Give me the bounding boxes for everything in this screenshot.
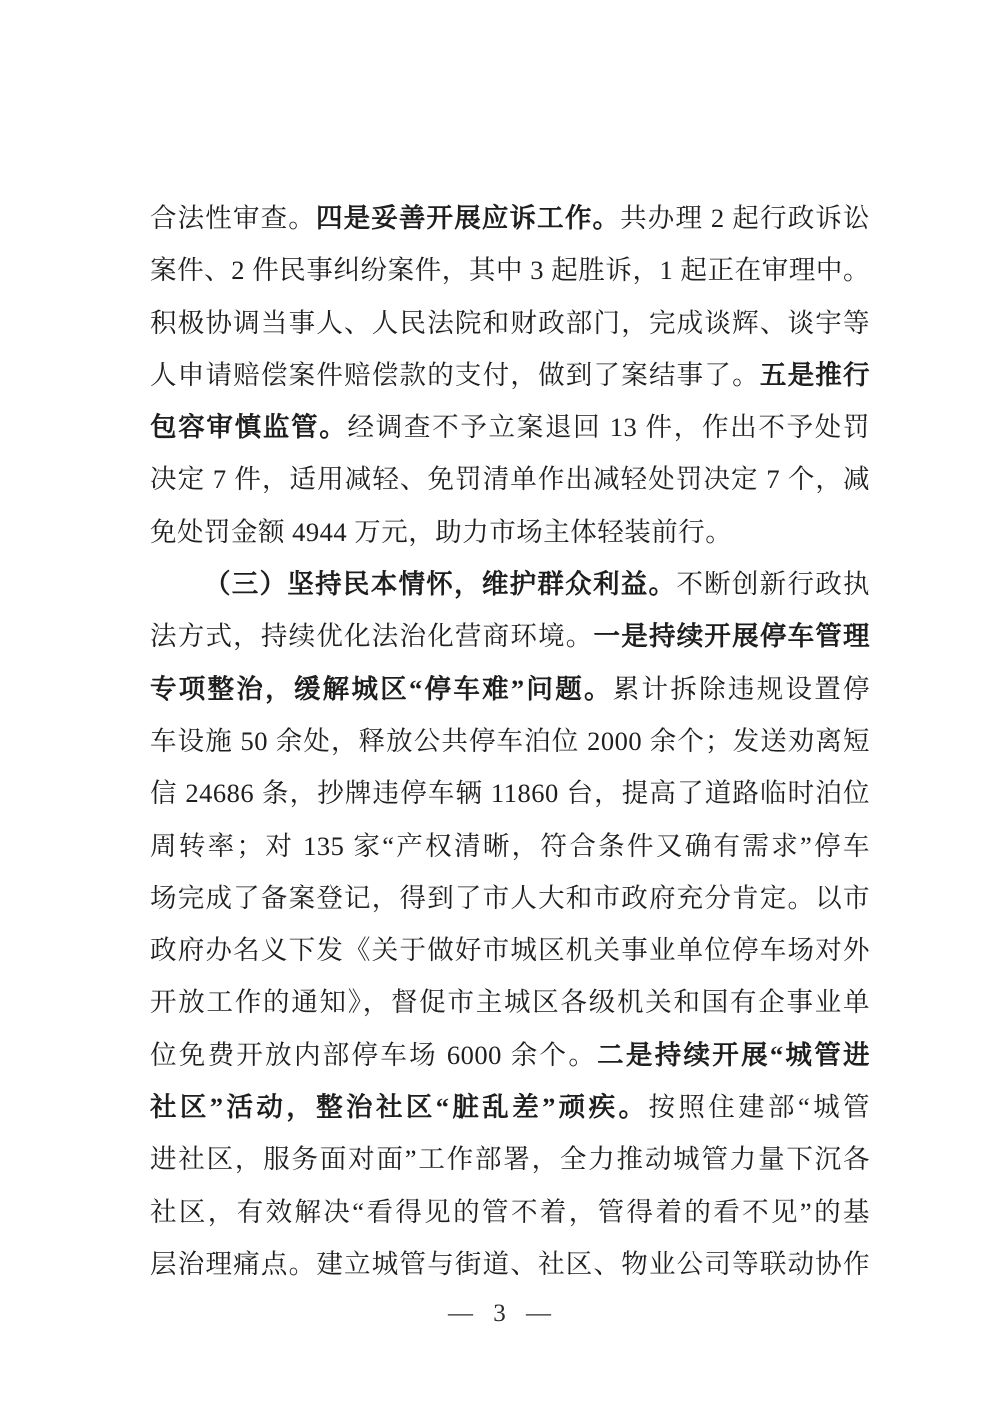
bold-text-segment: 二是持续开展“城管进 xyxy=(597,1040,870,1070)
bold-text-segment: 专项整治，缓解城区“停车难”问题。 xyxy=(150,674,613,704)
text-segment: 人申请赔偿案件赔偿款的支付，做到了案结事了。 xyxy=(150,360,760,390)
text-line: 人申请赔偿案件赔偿款的支付，做到了案结事了。五是推行 xyxy=(150,349,870,401)
text-line: 信 24686 条，抄牌违停车辆 11860 台，提高了道路临时泊位 xyxy=(150,767,870,819)
text-segment: 进社区，服务面对面”工作部署，全力推动城管力量下沉各 xyxy=(150,1144,870,1174)
text-line: 政府办名义下发《关于做好市城区机关事业单位停车场对外 xyxy=(150,924,870,976)
text-line: 包容审慎监管。经调查不予立案退回 13 件，作出不予处罚 xyxy=(150,401,870,453)
bold-text-segment: 一是持续开展停车管理 xyxy=(594,621,870,651)
text-segment: 政府办名义下发《关于做好市城区机关事业单位停车场对外 xyxy=(150,935,870,965)
text-segment: 决定 7 件，适用减轻、免罚清单作出减轻处罚决定 7 个，减 xyxy=(150,464,870,494)
text-segment: 经调查不予立案退回 13 件，作出不予处罚 xyxy=(347,412,870,442)
text-line: （三）坚持民本情怀，维护群众利益。不断创新行政执 xyxy=(150,558,870,610)
document-body: 合法性审查。四是妥善开展应诉工作。共办理 2 起行政诉讼案件、2 件民事纠纷案件… xyxy=(150,192,870,1290)
bold-text-segment: 四是妥善开展应诉工作。 xyxy=(316,203,620,233)
text-segment: 案件、2 件民事纠纷案件，其中 3 起胜诉，1 起正在审理中。 xyxy=(150,255,870,285)
text-line: 社区，有效解决“看得见的管不着，管得着的看不见”的基 xyxy=(150,1186,870,1238)
bold-text-segment: 社区”活动，整治社区“脏乱差”顽疾。 xyxy=(150,1092,648,1122)
text-line: 位免费开放内部停车场 6000 余个。二是持续开展“城管进 xyxy=(150,1029,870,1081)
text-segment: 共办理 2 起行政诉讼 xyxy=(620,203,870,233)
text-segment: 积极协调当事人、人民法院和财政部门，完成谈辉、谈宇等 xyxy=(150,308,870,338)
text-line: 层治理痛点。建立城管与街道、社区、物业公司等联动协作 xyxy=(150,1238,870,1290)
text-line: 开放工作的通知》，督促市主城区各级机关和国有企事业单 xyxy=(150,976,870,1028)
text-segment: 层治理痛点。建立城管与街道、社区、物业公司等联动协作 xyxy=(150,1249,870,1279)
text-segment: 免处罚金额 4944 万元，助力市场主体轻装前行。 xyxy=(150,517,732,547)
text-line: 周转率；对 135 家“产权清晰，符合条件又确有需求”停车 xyxy=(150,820,870,872)
text-segment: 按照住建部“城管 xyxy=(648,1092,870,1122)
bold-text-segment: 五是推行 xyxy=(760,360,870,390)
page-number: — 3 — xyxy=(0,1300,1000,1328)
text-line: 案件、2 件民事纠纷案件，其中 3 起胜诉，1 起正在审理中。 xyxy=(150,244,870,296)
text-segment: 社区，有效解决“看得见的管不着，管得着的看不见”的基 xyxy=(150,1197,870,1227)
text-segment: 开放工作的通知》，督促市主城区各级机关和国有企事业单 xyxy=(150,987,870,1017)
text-line: 社区”活动，整治社区“脏乱差”顽疾。按照住建部“城管 xyxy=(150,1081,870,1133)
text-segment: 信 24686 条，抄牌违停车辆 11860 台，提高了道路临时泊位 xyxy=(150,778,870,808)
bold-text-segment: 包容审慎监管。 xyxy=(150,412,347,442)
text-segment: 不断创新行政执 xyxy=(676,569,870,599)
text-line: 积极协调当事人、人民法院和财政部门，完成谈辉、谈宇等 xyxy=(150,297,870,349)
text-segment: 合法性审查。 xyxy=(150,203,316,233)
text-segment: 周转率；对 135 家“产权清晰，符合条件又确有需求”停车 xyxy=(150,831,870,861)
text-line: 场完成了备案登记，得到了市人大和市政府充分肯定。以市 xyxy=(150,872,870,924)
text-line: 专项整治，缓解城区“停车难”问题。累计拆除违规设置停 xyxy=(150,663,870,715)
document-page: 合法性审查。四是妥善开展应诉工作。共办理 2 起行政诉讼案件、2 件民事纠纷案件… xyxy=(0,0,1000,1413)
text-line: 车设施 50 余处，释放公共停车泊位 2000 余个；发送劝离短 xyxy=(150,715,870,767)
bold-text-segment: （三）坚持民本情怀，维护群众利益。 xyxy=(204,569,676,599)
text-segment: 场完成了备案登记，得到了市人大和市政府充分肯定。以市 xyxy=(150,883,870,913)
text-segment: 累计拆除违规设置停 xyxy=(613,674,870,704)
text-line: 决定 7 件，适用减轻、免罚清单作出减轻处罚决定 7 个，减 xyxy=(150,453,870,505)
text-segment: 位免费开放内部停车场 6000 余个。 xyxy=(150,1040,597,1070)
text-line: 免处罚金额 4944 万元，助力市场主体轻装前行。 xyxy=(150,506,870,558)
text-segment: 车设施 50 余处，释放公共停车泊位 2000 余个；发送劝离短 xyxy=(150,726,870,756)
text-line: 合法性审查。四是妥善开展应诉工作。共办理 2 起行政诉讼 xyxy=(150,192,870,244)
text-line: 进社区，服务面对面”工作部署，全力推动城管力量下沉各 xyxy=(150,1133,870,1185)
text-line: 法方式，持续优化法治化营商环境。一是持续开展停车管理 xyxy=(150,610,870,662)
text-segment: 法方式，持续优化法治化营商环境。 xyxy=(150,621,594,651)
